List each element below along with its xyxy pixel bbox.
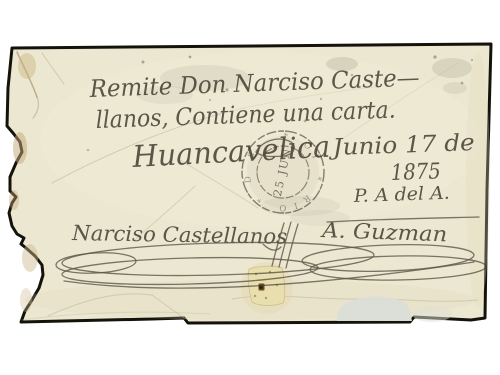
paper-shadow-right xyxy=(466,52,490,308)
ink-speck xyxy=(471,59,473,61)
tear-blotch xyxy=(22,244,38,272)
pale-patch-faint xyxy=(412,306,452,322)
ink-speck xyxy=(87,149,90,152)
ink-speck xyxy=(209,99,211,101)
handwriting-date: Junio 17 de xyxy=(328,130,475,161)
smudge xyxy=(432,58,472,78)
ink-speck xyxy=(142,61,145,64)
handwriting-initials: P. A del A. xyxy=(352,183,450,207)
tear-blotch xyxy=(9,190,19,210)
smudge xyxy=(443,82,467,94)
tear-blotch xyxy=(20,288,32,312)
ink-speck xyxy=(189,56,192,59)
stain-patch xyxy=(241,262,293,314)
stain-speck xyxy=(265,297,267,299)
ink-speck xyxy=(433,55,436,58)
handwriting-year: 1875 xyxy=(390,159,441,186)
tear-blotch xyxy=(13,132,27,164)
signature-right: A. Guzman xyxy=(320,218,448,246)
ink-speck xyxy=(461,82,464,85)
envelope-scan: * OI * RIO * D S 25 JUN Remite Don Narci… xyxy=(0,0,500,375)
tear-blotch xyxy=(18,53,36,79)
stain-speck xyxy=(254,295,256,297)
